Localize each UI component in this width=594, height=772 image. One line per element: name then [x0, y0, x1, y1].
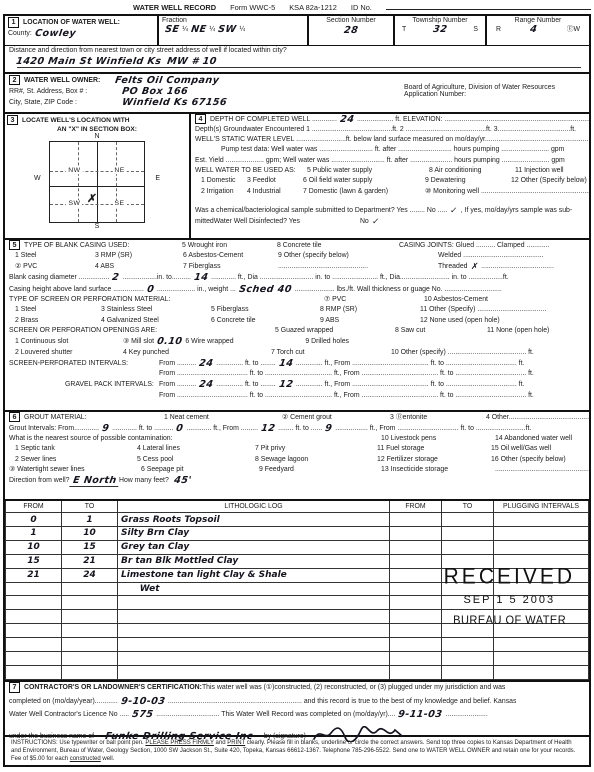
mill-slot-value: 0.10	[153, 337, 186, 347]
signature-scribble	[312, 726, 404, 744]
range-r: R	[496, 25, 501, 35]
grout-interval-1-to: 0	[173, 424, 188, 434]
form-number: Form WWC-5	[230, 3, 275, 12]
use-option-9: 9 Dewatering	[425, 176, 511, 186]
certification-section: 7CONTRACTOR'S OR LANDOWNER'S CERTIFICATI…	[5, 682, 589, 737]
lithology-cell: Wet	[118, 582, 390, 596]
opening-option-7: 7 Torch cut	[271, 348, 391, 358]
plug-from-cell	[390, 540, 442, 554]
from-cell	[6, 596, 62, 610]
section-box-panel: 3LOCATE WELL'S LOCATION WITH AN "X" IN S…	[5, 114, 191, 238]
grout-tail: ................. ft., From ............…	[335, 424, 531, 434]
contam-option-12: 12 Fertilizer storage	[377, 455, 491, 465]
fraction-1: SE	[162, 25, 183, 35]
owner-city-value: Winfield Ks 67156	[118, 98, 230, 108]
section-box-title-2: AN "X" IN SECTION BOX:	[7, 126, 187, 133]
casing-height-label: Casing height above land surface .......…	[9, 285, 144, 295]
screen-option-6: 6 Concrete tile	[211, 316, 320, 326]
table-row: 0 1 Grass Roots Topsoil	[6, 513, 589, 527]
fraction-label: Fraction	[162, 17, 304, 24]
casing-diameter-value: 2	[109, 273, 124, 283]
fraction-3: SW	[214, 25, 240, 35]
grout-interval-2-to: 9	[321, 424, 336, 434]
plug-from-header: FROM	[390, 501, 442, 513]
contam-option-14: 14 Abandoned water well	[495, 434, 572, 444]
plug-to-cell	[442, 665, 494, 679]
use-option-1: 1 Domestic	[201, 176, 247, 186]
plug-from-cell	[390, 624, 442, 638]
casing-section: 5TYPE OF BLANK CASING USED:5 Wrought iro…	[5, 240, 589, 412]
grout-dots-1: ............. ft. to ..........	[112, 424, 173, 434]
feet-label: How many feet?	[119, 477, 169, 484]
use-option-10-monitoring: ⑩ Monitoring well ......................…	[425, 187, 589, 197]
from-cell	[6, 582, 62, 596]
grout-dots-2: ............. ft., From .........	[186, 424, 258, 434]
west-label: W	[34, 175, 41, 182]
casing-joints-line-2: Welded .................................…	[400, 251, 544, 261]
county-cell: 1LOCATION OF WATER WELL: County:Cowley	[5, 16, 157, 45]
casing-option-8: 8 Concrete tile	[277, 241, 399, 251]
grout-title: GROUT MATERIAL:	[24, 413, 164, 423]
opening-option-5: 5 Guazed wrapped	[275, 326, 395, 336]
id-no-blank	[386, 2, 591, 10]
lithology-cell: Br tan Blk Mottled Clay	[118, 554, 390, 568]
to-cell: 1	[62, 513, 118, 527]
use-option-2: 2 Irrigation	[201, 187, 247, 197]
location-section: 1LOCATION OF WATER WELL: County:Cowley F…	[5, 16, 589, 46]
street-address-value: 1420 Main St Winfield Ks	[12, 57, 165, 66]
contam-option-16-dots: ........................................…	[495, 465, 589, 475]
opening-option-2: 2 Louvered shutter	[15, 348, 123, 358]
from-cell: 10	[6, 540, 62, 554]
grout-option-3-bentonite: 3 Ⓑentonite	[390, 413, 486, 423]
casing-option-9-dots: ........................................…	[278, 262, 400, 272]
well-name-value: MW # 10	[164, 57, 221, 66]
plug-from-cell	[390, 568, 442, 582]
distance-section: Distance and direction from nearest town…	[5, 46, 589, 74]
contam-option-6: 6 Seepage pit	[141, 465, 259, 475]
township-s: S	[473, 25, 478, 35]
from-cell	[6, 638, 62, 652]
gravel-blank-line: From ...................................…	[159, 391, 534, 401]
cert-completed-label: completed on (mo/day/year)............	[9, 696, 118, 709]
from-header: FROM	[6, 501, 62, 513]
center-vertical-line	[97, 142, 98, 222]
casing-option-2-pvc: ② PVC	[15, 262, 95, 272]
quarter-3: ¼	[239, 25, 245, 35]
screen-option-7-pvc: ⑦ PVC	[324, 295, 424, 305]
section-number-label: Section Number	[312, 17, 390, 24]
plugging-cell	[494, 540, 589, 554]
lithology-cell: Grass Roots Topsoil	[118, 513, 390, 527]
ne-label: NE	[112, 167, 126, 174]
static-level-line: WELL'S STATIC WATER LEVEL ..............…	[195, 135, 588, 145]
plug-from-cell	[390, 638, 442, 652]
contam-option-1: 1 Septic tank	[15, 444, 137, 454]
table-header-row: FROM TO LITHOLOGIC LOG FROM TO PLUGGING …	[6, 501, 589, 513]
instructions-constructed: constructed	[70, 756, 101, 762]
casing-diameter-tail: ............. ft., Dia .................…	[211, 273, 509, 283]
casing-option-3: 3 RMP (SR)	[95, 251, 183, 261]
blank-casing-title: TYPE OF BLANK CASING USED:	[24, 241, 182, 251]
sw-label: SW	[66, 200, 82, 207]
opening-option-8: 8 Saw cut	[395, 326, 487, 336]
to-cell	[62, 610, 118, 624]
dashed-line	[50, 171, 144, 172]
casing-joints-threaded-dots: ......................................	[481, 262, 554, 272]
fraction-2: NE	[187, 25, 210, 35]
to-cell: 10	[62, 526, 118, 540]
owner-name-value: Felts Oil Company	[112, 76, 224, 86]
east-label: E	[155, 175, 160, 182]
casing-depth-value: 14	[190, 273, 212, 283]
instructions-text: INSTRUCTIONS: Use typewriter or ball poi…	[5, 737, 589, 765]
box7-number: 7	[9, 682, 20, 693]
contam-option-13: 13 Insecticide storage	[381, 465, 495, 475]
center-horizontal-line	[50, 186, 144, 187]
gravel-from-label: From ..........	[159, 380, 196, 390]
contam-option-3-watertight: ③ Watertight sewer lines	[9, 465, 141, 475]
gravel-from-value: 24	[195, 380, 217, 390]
openings-title: SCREEN OR PERFORATION OPENINGS ARE:	[9, 326, 275, 336]
section-square: NW NE SW SE ✗	[49, 141, 145, 223]
cert-line-1b: )constructed, (2) reconstructed, or (3) …	[272, 682, 505, 695]
lithologic-log-area: FROM TO LITHOLOGIC LOG FROM TO PLUGGING …	[5, 501, 589, 682]
to-cell	[62, 582, 118, 596]
plug-to-cell	[442, 540, 494, 554]
screen-intervals-blank-line: From ...................................…	[159, 369, 534, 379]
section-3-4: 3LOCATE WELL'S LOCATION WITH AN "X" IN S…	[5, 114, 589, 240]
grout-interval-2-from: 12	[257, 424, 279, 434]
lithology-cell	[118, 652, 390, 666]
to-cell: 15	[62, 540, 118, 554]
board-of-agriculture-text: Board of Agriculture, Division of Water …	[404, 84, 589, 91]
casing-option-6: 6 Asbestos-Cement	[183, 251, 278, 261]
threaded-x-mark: ✗	[467, 262, 482, 272]
township-value: 32	[429, 25, 451, 35]
dashed-line	[116, 142, 117, 222]
plug-to-cell	[442, 652, 494, 666]
to-header: TO	[62, 501, 118, 513]
plug-from-cell	[390, 582, 442, 596]
plug-from-cell	[390, 610, 442, 624]
section-box-title-1: LOCATE WELL'S LOCATION WITH	[22, 116, 130, 126]
owner-city-label: City, State, ZIP Code :	[9, 98, 119, 108]
id-no-label: ID No.	[351, 3, 372, 12]
lithologic-log-header: LITHOLOGIC LOG	[118, 501, 390, 513]
casing-option-5: 5 Wrought iron	[182, 241, 277, 251]
form-title: WATER WELL RECORD	[133, 3, 216, 12]
from-cell	[6, 624, 62, 638]
plugging-intervals-header: PLUGGING INTERVALS	[494, 501, 589, 513]
box4-number: 4	[195, 114, 206, 125]
contam-option-9: 9 Feedyard	[259, 465, 381, 475]
sample-no-check: ✓	[446, 206, 461, 216]
plugging-cell	[494, 665, 589, 679]
ksa-number: KSA 82a-1212	[289, 3, 337, 12]
plugging-cell	[494, 513, 589, 527]
lithology-cell: Silty Brn Clay	[118, 526, 390, 540]
from-cell: 15	[6, 554, 62, 568]
elevation-label: ................... ft. ELEVATION: .....…	[357, 115, 589, 125]
se-label: SE	[113, 200, 127, 207]
to-cell	[62, 652, 118, 666]
spi-from-value: 24	[195, 359, 217, 369]
grout-section: 6GROUT MATERIAL:1 Neat cement② Cement gr…	[5, 412, 589, 501]
township-cell: Township Number T32S	[393, 16, 485, 45]
plug-from-cell	[390, 665, 442, 679]
lithology-cell	[118, 638, 390, 652]
location-title: LOCATION OF WATER WELL:	[23, 18, 120, 28]
plug-to-cell	[442, 513, 494, 527]
owner-address-label: RR#, St. Address, Box # :	[9, 87, 119, 97]
table-row	[6, 665, 589, 679]
casing-weight-value: Sched 40	[235, 285, 295, 295]
opening-option-11: 11 None (open hole)	[487, 326, 549, 336]
form-body: 1LOCATION OF WATER WELL: County:Cowley F…	[3, 14, 591, 767]
screen-option-12: 12 None used (open hole)	[420, 316, 500, 326]
box5-number: 5	[9, 240, 20, 251]
plug-from-cell	[390, 526, 442, 540]
south-label: S	[22, 223, 172, 231]
plug-from-cell	[390, 652, 442, 666]
to-cell: 24	[62, 568, 118, 582]
contam-option-5: 5 Cess pool	[137, 455, 255, 465]
casing-option-7: 7 Fiberglass	[183, 262, 278, 272]
contam-option-2: 2 Sewer lines	[15, 455, 137, 465]
from-cell: 1	[6, 526, 62, 540]
dashed-line	[50, 204, 144, 205]
completed-date-value: 9-10-03	[117, 696, 169, 709]
plugging-cell	[494, 526, 589, 540]
owner-section: 2WATER WELL OWNER:Felts Oil Company RR#,…	[5, 74, 589, 114]
lithology-cell	[118, 596, 390, 610]
from-cell	[6, 665, 62, 679]
use-option-3: 3 Feedlot	[247, 176, 303, 186]
spi-to-label: .............. ft. to ........	[216, 359, 275, 369]
to-cell	[62, 665, 118, 679]
use-option-6: 6 Oil field water supply	[303, 176, 425, 186]
plug-to-cell	[442, 526, 494, 540]
to-cell	[62, 596, 118, 610]
screen-material-title: TYPE OF SCREEN OR PERFORATION MATERIAL:	[9, 295, 324, 305]
section-box-diagram: N W E NW NE SW SE ✗	[22, 133, 172, 231]
screen-option-10: 10 Asbestos-Cement	[424, 295, 488, 305]
bureau-of-water-text: BUREAU OF WATER	[449, 613, 570, 627]
owner-title: WATER WELL OWNER:	[24, 76, 100, 86]
contam-option-15: 15 Oil well/Gas well	[491, 444, 551, 454]
opening-option-6: 6 Wire wrapped	[185, 337, 305, 347]
casing-option-1: 1 Steel	[15, 251, 95, 261]
grout-intervals-label: Grout Intervals: From.............	[9, 424, 99, 434]
plug-from-cell	[390, 596, 442, 610]
county-label: County:	[8, 29, 32, 39]
screen-option-5: 5 Fiberglass	[211, 305, 320, 315]
table-row	[6, 638, 589, 652]
screen-option-9: 9 ABS	[320, 316, 420, 326]
direction-label: Direction from well?	[9, 476, 70, 486]
opening-option-4: 4 Key punched	[123, 348, 271, 358]
screen-option-1: 1 Steel	[15, 305, 101, 315]
spi-from-label: From ..........	[159, 359, 196, 369]
distance-label: Distance and direction from nearest town…	[9, 46, 287, 56]
form-header: WATER WELL RECORD Form WWC-5 KSA 82a-121…	[3, 2, 591, 12]
sample-question: Was a chemical/bacteriological sample su…	[195, 206, 447, 216]
well-details-panel: 4DEPTH OF COMPLETED WELL .............24…	[191, 114, 589, 238]
screen-option-2: 2 Brass	[15, 316, 101, 326]
lithology-cell: Limestone tan light Clay & Shale	[118, 568, 390, 582]
owner-left: 2WATER WELL OWNER:Felts Oil Company RR#,…	[5, 74, 404, 112]
instructions-post: well.	[101, 756, 115, 762]
to-cell	[62, 624, 118, 638]
range-label: Range Number	[490, 17, 586, 24]
plug-from-cell	[390, 513, 442, 527]
use-option-12: 12 Other (Specify below)	[511, 176, 587, 186]
business-name-value: Funke Drilling Service Inc	[101, 731, 257, 744]
screen-option-3: 3 Stainless Steel	[101, 305, 211, 315]
use-title: WELL WATER TO BE USED AS:	[195, 166, 307, 176]
water-well-record-form: WATER WELL RECORD Form WWC-5 KSA 82a-121…	[0, 0, 594, 772]
received-stamp: RECEIVED SEP 1 5 2003 BUREAU OF WATER	[444, 565, 575, 627]
spi-tail: .............. ft., From ...............…	[296, 359, 525, 369]
plugging-cell	[494, 638, 589, 652]
grout-interval-1-from: 9	[98, 424, 113, 434]
sample-question-tail-2: mitted	[195, 217, 214, 227]
yield-line: Est. Yield .................... gpm; Wel…	[195, 156, 565, 166]
nw-label: NW	[66, 167, 82, 174]
from-cell	[6, 610, 62, 624]
to-cell: 21	[62, 554, 118, 568]
range-cell: Range Number R4ⒺW	[485, 16, 589, 45]
use-option-8: 8 Air conditioning	[429, 166, 515, 176]
casing-option-4: 4 ABS	[95, 262, 183, 272]
from-cell	[6, 652, 62, 666]
contam-option-10: 10 Livestock pens	[381, 434, 495, 444]
fraction-cell: Fraction SE¼ NE¼ SW¼	[157, 16, 307, 45]
screen-option-4: 4 Galvanized Steel	[101, 316, 211, 326]
gravel-to-label: .............. ft. to ........	[216, 380, 275, 390]
grout-option-2-cement: ② Cement grout	[282, 413, 390, 423]
contamination-question: What is the nearest source of possible c…	[9, 434, 381, 444]
use-option-11: 11 Injection well	[515, 166, 564, 176]
application-number-label: Application Number:	[404, 91, 589, 98]
box1-number: 1	[8, 17, 19, 28]
casing-diameter-label: Blank casing diameter ................	[9, 273, 109, 283]
pump-test-line: Pump test data: Well water was .........…	[221, 145, 564, 155]
casing-diameter-mid: ..................in. to..........	[122, 273, 191, 283]
how-many-feet-wrap: How many feet? 45'	[119, 475, 233, 486]
cert-license-label: Water Well Contractor's Licence No .....	[9, 709, 129, 722]
record-completed-date-value: 9-11-03	[395, 709, 447, 722]
cert-line-1a: This water well was (	[202, 682, 266, 695]
disinfected-check: ✓	[368, 217, 383, 227]
contam-option-8: 8 Sewage lagoon	[255, 455, 377, 465]
contam-option-7: 7 Pit privy	[255, 444, 377, 454]
license-number-value: 575	[128, 709, 157, 722]
range-ew: ⒺW	[567, 25, 580, 35]
table-row: 10 15 Grey tan Clay	[6, 540, 589, 554]
from-cell: 21	[6, 568, 62, 582]
gravel-pack-label: GRAVEL PACK INTERVALS:	[9, 380, 159, 390]
screen-option-8: 8 RMP (SR)	[320, 305, 420, 315]
received-stamp-date: SEP 1 5 2003	[444, 594, 575, 606]
grout-option-1: 1 Neat cement	[164, 413, 282, 423]
cert-record-completed-label: ................................. This W…	[156, 709, 395, 722]
township-label: Township Number	[398, 17, 482, 24]
gravel-to-value: 12	[275, 380, 297, 390]
use-option-7: 7 Domestic (lawn & garden)	[303, 187, 425, 197]
opening-option-3-mill-slot: ③ Mill slot	[123, 337, 154, 347]
table-row: 1 10 Silty Brn Clay	[6, 526, 589, 540]
to-cell	[62, 638, 118, 652]
groundwater-line: Depth(s) Groundwater Encountered 1 .....…	[195, 125, 576, 135]
lithology-cell	[118, 610, 390, 624]
grout-dots-3: ........ ft. to ......	[278, 424, 322, 434]
casing-height-tail: ..................... lbs./ft. Wall thic…	[295, 285, 502, 295]
contam-option-11: 11 Fuel storage	[377, 444, 491, 454]
plug-to-header: TO	[442, 501, 494, 513]
certification-title: CONTRACTOR'S OR LANDOWNER'S CERTIFICATIO…	[24, 682, 202, 695]
box3-number: 3	[7, 115, 18, 126]
lithology-cell: Grey tan Clay	[118, 540, 390, 554]
direction-value: E North	[69, 476, 120, 486]
opening-option-9: 9 Drilled holes	[305, 337, 397, 347]
county-value: Cowley	[31, 29, 79, 39]
owner-address-value: PO Box 166	[118, 87, 191, 97]
casing-joints-threaded: Threaded	[400, 262, 468, 272]
township-t: T	[402, 25, 406, 35]
lithology-cell	[118, 665, 390, 679]
range-value: 4	[527, 25, 542, 35]
depth-label: DEPTH OF COMPLETED WELL .............	[210, 115, 337, 125]
gravel-tail: .............. ft., From ...............…	[296, 380, 525, 390]
owner-right: Board of Agriculture, Division of Water …	[404, 74, 589, 112]
sample-question-tail: , If yes, mo/day/yrs sample was sub-	[461, 206, 572, 216]
box6-number: 6	[9, 412, 20, 423]
from-cell: 0	[6, 513, 62, 527]
disinfected-label: Water Well Disinfected? Yes	[214, 217, 300, 227]
casing-joints-line-1: CASING JOINTS: Glued .......... Clamped …	[399, 241, 550, 251]
received-stamp-text: RECEIVED	[444, 564, 575, 589]
table-row	[6, 652, 589, 666]
north-label: N	[22, 133, 172, 141]
grout-option-4-other: 4 Other.................................…	[486, 413, 589, 423]
use-option-5: 5 Public water supply	[307, 166, 429, 176]
casing-height-value: 0	[143, 285, 158, 295]
screen-intervals-label: SCREEN-PERFORATED INTERVALS:	[9, 359, 159, 369]
opening-option-1: 1 Continuous slot	[15, 337, 123, 347]
opening-option-10: 10 Other (specify) .....................…	[391, 348, 534, 358]
screen-option-11: 11 Other (Specify) .....................…	[420, 305, 546, 315]
lithology-cell	[118, 624, 390, 638]
contam-option-4: 4 Lateral lines	[137, 444, 255, 454]
plug-to-cell	[442, 638, 494, 652]
depth-value: 24	[336, 115, 358, 125]
box2-number: 2	[9, 75, 20, 86]
contam-option-16: 16 Other (specify below)	[491, 455, 566, 465]
casing-option-9: 9 Other (specify below)	[278, 251, 400, 261]
plug-from-cell	[390, 554, 442, 568]
plugging-cell	[494, 652, 589, 666]
spi-to-value: 14	[275, 359, 297, 369]
dashed-line	[78, 142, 79, 222]
use-option-4: 4 Industrial	[247, 187, 303, 197]
cert-line-3c: ......................	[446, 709, 488, 722]
cert-line-2b: ........................................…	[168, 696, 517, 709]
casing-weight-label: .................... in., weight ...	[157, 285, 236, 295]
section-number-cell: Section Number 28	[307, 16, 393, 45]
feet-value: 45'	[170, 476, 195, 486]
